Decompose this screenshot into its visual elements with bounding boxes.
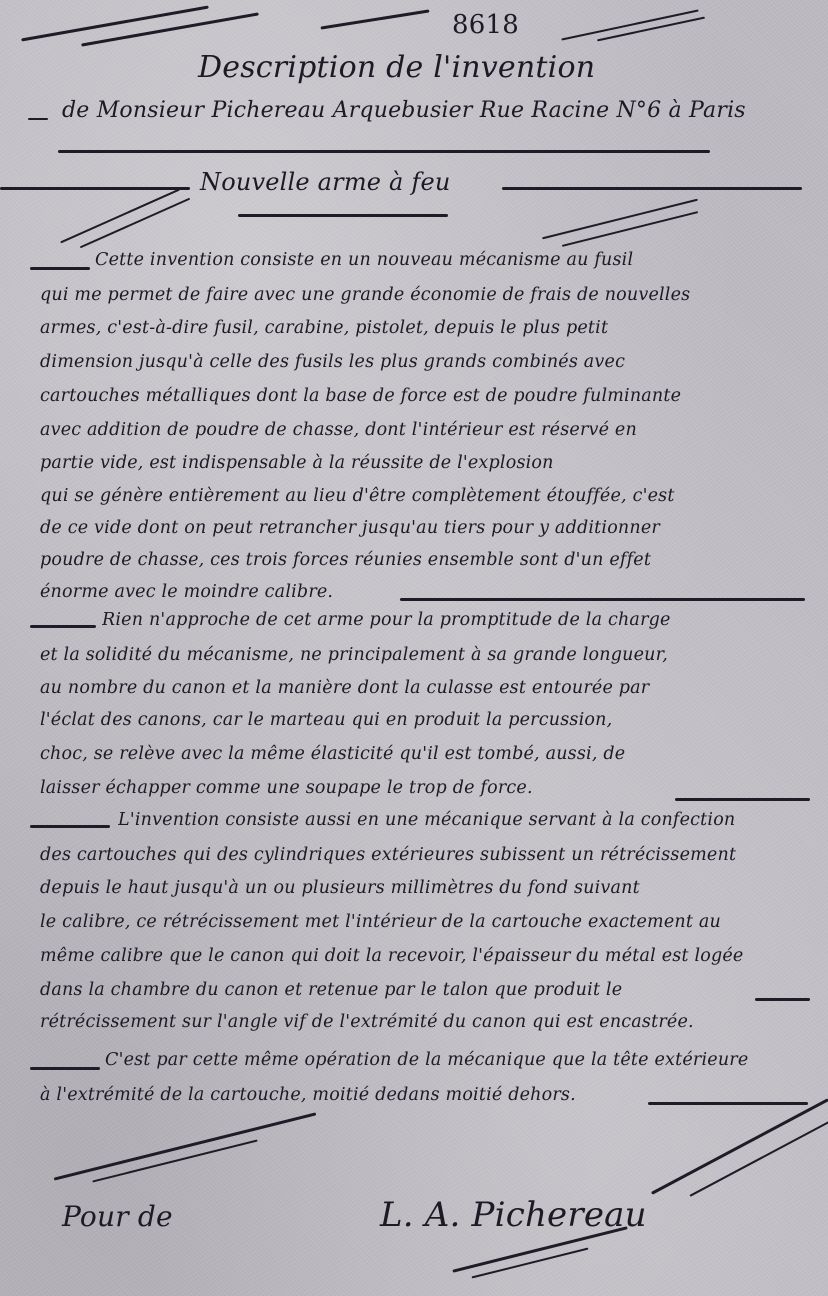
text-line: le calibre, ce rétrécissement met l'inté… — [40, 912, 810, 932]
text-line: laisser échapper comme une soupape le tr… — [40, 778, 660, 798]
horizontal-rule — [238, 214, 448, 217]
horizontal-rule — [0, 187, 190, 190]
text-line: cartouches métalliques dont la base de f… — [40, 386, 810, 406]
line-filler — [648, 1102, 808, 1105]
text-line: depuis le haut jusqu'à un ou plusieurs m… — [40, 878, 810, 898]
text-line: et la solidité du mécanisme, ne principa… — [40, 645, 810, 665]
horizontal-rule — [58, 150, 710, 153]
text-line: C'est par cette même opération de la méc… — [105, 1050, 815, 1070]
line-filler — [755, 998, 810, 1001]
paragraph-dash — [30, 825, 110, 828]
text-line: armes, c'est-à-dire fusil, carabine, pis… — [40, 318, 810, 338]
text-line: poudre de chasse, ces trois forces réuni… — [40, 550, 810, 570]
text-line: qui se génère entièrement au lieu d'être… — [40, 486, 810, 506]
text-line: dans la chambre du canon et retenue par … — [40, 980, 810, 1000]
text-line: l'éclat des canons, car le marteau qui e… — [40, 710, 810, 730]
text-line: partie vide, est indispensable à la réus… — [40, 453, 810, 473]
line-filler — [675, 798, 810, 801]
signature-main: L. A. Pichereau — [380, 1195, 647, 1235]
text-line: avec addition de poudre de chasse, dont … — [40, 420, 810, 440]
text-line: Cette invention consiste en un nouveau m… — [95, 250, 815, 270]
dash-rule — [28, 118, 48, 120]
text-line: Rien n'approche de cet arme pour la prom… — [102, 610, 802, 630]
text-line: dimension jusqu'à celle des fusils les p… — [40, 352, 810, 372]
paragraph-dash — [30, 625, 96, 628]
text-line: à l'extrémité de la cartouche, moitié de… — [40, 1085, 640, 1105]
line-filler — [400, 598, 805, 601]
paragraph-dash — [30, 267, 90, 270]
text-line: au nombre du canon et la manière dont la… — [40, 678, 810, 698]
text-line: rétrécissement sur l'angle vif de l'extr… — [40, 1012, 810, 1032]
paragraph-dash — [30, 1067, 100, 1070]
text-line: de ce vide dont on peut retrancher jusqu… — [40, 518, 810, 538]
document-title: Description de l'invention — [198, 50, 595, 85]
text-line: L'invention consiste aussi en une mécani… — [118, 810, 818, 830]
text-line: des cartouches qui des cylindriques exté… — [40, 845, 810, 865]
document-number: 8618 — [452, 10, 519, 40]
text-line: même calibre que le canon qui doit la re… — [40, 946, 810, 966]
signature-left: Pour de — [62, 1200, 173, 1233]
document-subtitle: de Monsieur Pichereau Arquebusier Rue Ra… — [62, 98, 746, 123]
text-line: qui me permet de faire avec une grande é… — [40, 285, 810, 305]
section-title: Nouvelle arme à feu — [200, 168, 451, 196]
text-line: choc, se relève avec la même élasticité … — [40, 744, 810, 764]
text-line: énorme avec le moindre calibre. — [40, 582, 400, 602]
horizontal-rule — [502, 187, 802, 190]
